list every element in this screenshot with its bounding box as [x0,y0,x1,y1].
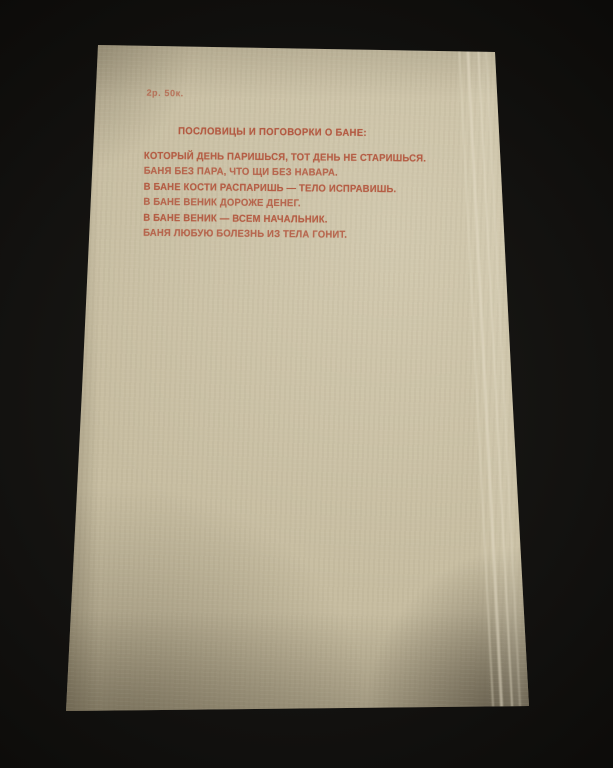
paper-grain-texture [66,45,530,712]
price-label: 2р. 50к. [146,88,183,99]
printed-text-block: 2р. 50к. ПОСЛОВИЦЫ И ПОГОВОРКИ О БАНЕ: К… [67,44,531,48]
proverbs-list: КОТОРЫЙ ДЕНЬ ПАРИШЬСЯ, ТОТ ДЕНЬ НЕ СТАРИ… [143,149,426,244]
book-back-cover: 2р. 50к. ПОСЛОВИЦЫ И ПОГОВОРКИ О БАНЕ: К… [66,45,530,712]
page-edge-crease [458,45,494,712]
proverb-line: БАНЯ ЛЮБУЮ БОЛЕЗНЬ ИЗ ТЕЛА ГОНИТ. [143,226,425,244]
photo-backdrop: 2р. 50к. ПОСЛОВИЦЫ И ПОГОВОРКИ О БАНЕ: К… [0,0,613,768]
page-edge-crease [477,45,513,712]
page-edge-crease [466,45,503,712]
page-edge-crease [485,45,521,712]
proverbs-heading: ПОСЛОВИЦЫ И ПОГОВОРКИ О БАНЕ: [178,126,367,139]
page-edge-creases [452,45,532,712]
